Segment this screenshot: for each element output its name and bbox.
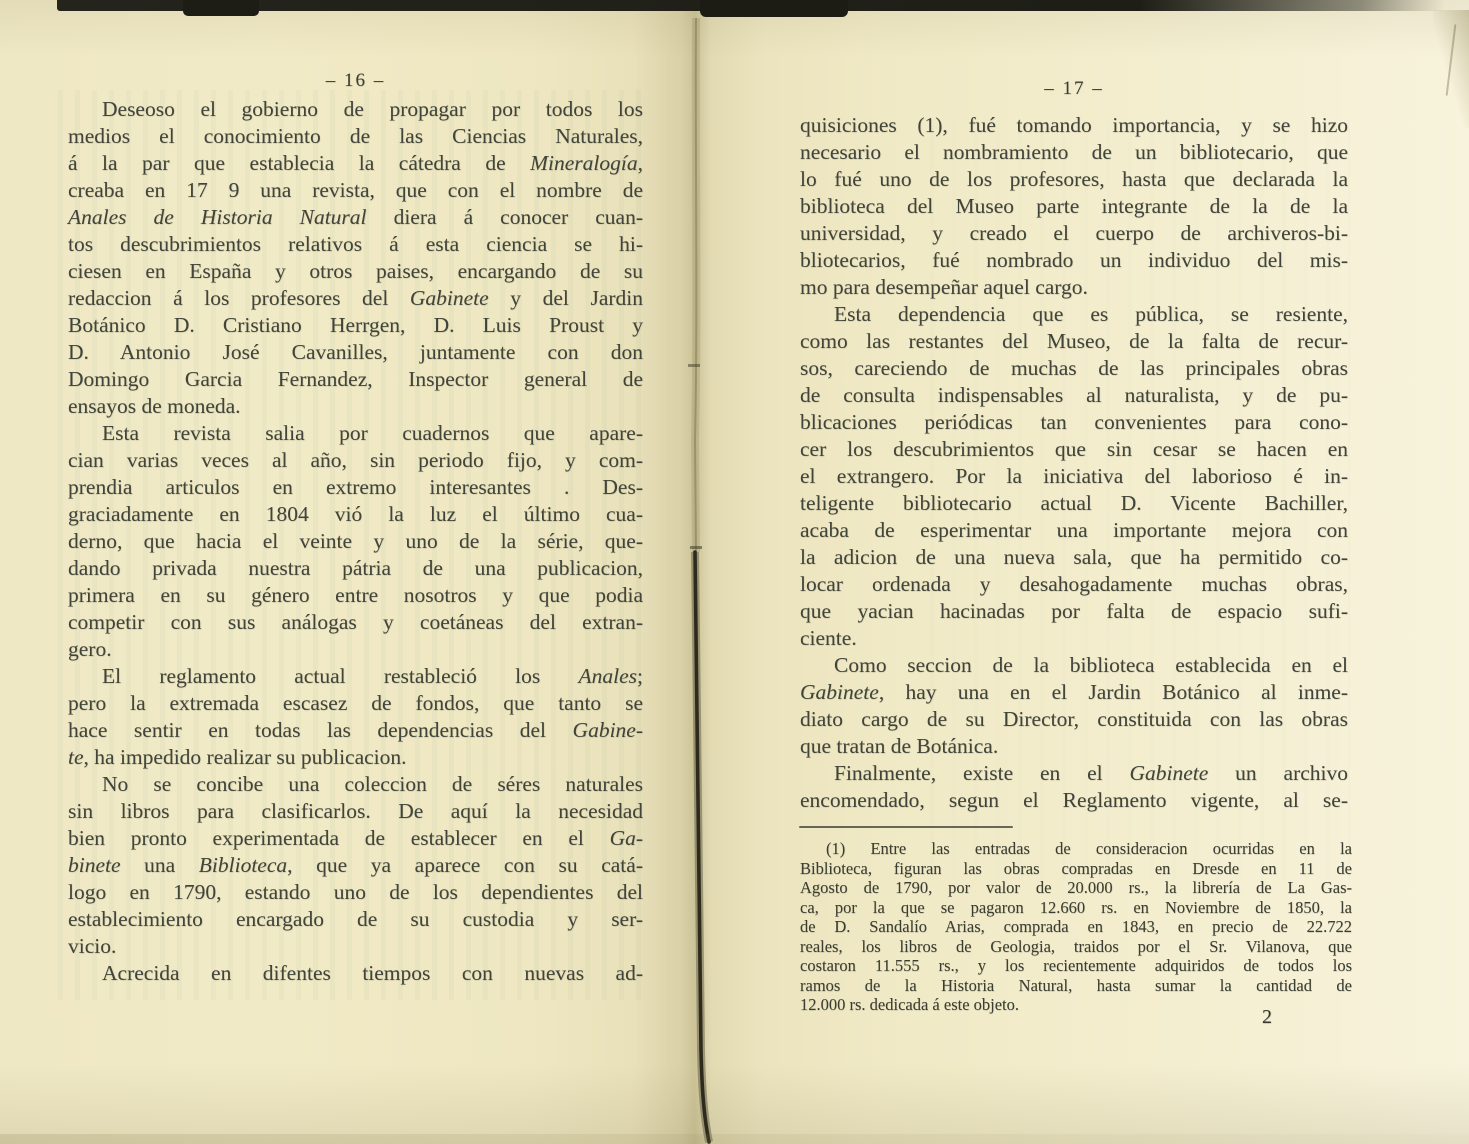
footnote-rule [799,826,1013,828]
text-line: redaccion á los profesores del Gabinete … [68,285,643,312]
text-line: á la par que establecia la cátedra de Mi… [68,150,643,177]
table-edge-bump [700,0,848,17]
text-line: ensayos de moneda. [68,393,643,420]
text-line: creaba en 17 9 una revista, que con el n… [68,177,643,204]
text-line: graciadamente en 1804 vió la luz el últi… [68,501,643,528]
text-line: tos descubrimientos relativos á esta cie… [68,231,643,258]
text-line: hace sentir en todas las dependencias de… [68,717,643,744]
text-line: quisiciones (1), fué tomando importancia… [800,112,1348,139]
text-line: El reglamento actual restableció los Ana… [68,663,643,690]
signature-mark: 2 [1252,1006,1282,1029]
text-line: acaba de esperimentar una importante mej… [800,517,1348,544]
text-line: Biblioteca, figuran las obras compradas … [800,859,1352,879]
text-line: reales, los libros de Geologia, traidos … [800,937,1352,957]
text-line: Como seccion de la biblioteca establecid… [800,652,1348,679]
text-line: binete una Biblioteca, que ya aparece co… [68,852,643,879]
text-line: biblioteca del Museo parte integrante de… [800,193,1348,220]
text-line: Agosto de 1790, por valor de 20.000 rs.,… [800,878,1352,898]
text-line: el extrangero. Por la iniciativa del lab… [800,463,1348,490]
text-line: establecimiento encargado de su custodia… [68,906,643,933]
gutter-shadow [660,0,740,1144]
text-line: ca, por la que se pagaron 12.660 rs. en … [800,898,1352,918]
text-line: pero la extremada escasez de fondos, que… [68,690,643,717]
text-line: teligente bibliotecario actual D. Vicent… [800,490,1348,517]
text-line: Deseoso el gobierno de propagar por todo… [68,96,643,123]
text-line: costaron 11.555 rs., y los recientemente… [800,956,1352,976]
text-line: sin libros para clasificarlos. De aquí l… [68,798,643,825]
text-line: que yacian hacinadas por falta de espaci… [800,598,1348,625]
text-line: logo en 1790, estando uno de los dependi… [68,879,643,906]
text-line: locar ordenada y desahogadamente muchas … [800,571,1348,598]
text-line: necesario el nombramiento de un bibliote… [800,139,1348,166]
text-line: universidad, y creado el cuerpo de archi… [800,220,1348,247]
text-line: competir con sus análogas y coetáneas de… [68,609,643,636]
footnote-body: (1) Entre las entradas de consideracion … [800,839,1352,1015]
text-line: sos, careciendo de muchas de las princip… [800,355,1348,382]
page-number-left: – 16 – [68,70,643,92]
text-line: Acrecida en difentes tiempos con nuevas … [68,960,643,987]
bottom-edge-shade [0,1134,1469,1144]
text-line: te, ha impedido realizar su publicacion. [68,744,643,771]
text-line: medios el conocimiento de las Ciencias N… [68,123,643,150]
text-line: que tratan de Botánica. [800,733,1348,760]
text-line: de consulta indispensables al naturalist… [800,382,1348,409]
text-line: encomendado, segun el Reglamento vigente… [800,787,1348,814]
text-line: derno, que hacia el veinte y uno de la s… [68,528,643,555]
page-corner-fold [1433,10,1469,128]
text-line: Domingo Garcia Fernandez, Inspector gene… [68,366,643,393]
book-scan: – 16 – Deseoso el gobierno de propagar p… [0,0,1469,1144]
text-line: mo para desempeñar aquel cargo. [800,274,1348,301]
text-line: ciente. [800,625,1348,652]
text-line: la adicion de una nueva sala, que ha per… [800,544,1348,571]
text-line: Esta revista salia por cuadernos que apa… [68,420,643,447]
text-line: gero. [68,636,643,663]
text-line: dando privada nuestra pátria de una publ… [68,555,643,582]
table-edge-bump [183,0,259,16]
text-line: diato cargo de su Director, constituida … [800,706,1348,733]
text-line: cian varias veces al año, sin periodo fi… [68,447,643,474]
text-line: ramos de la Historia Natural, hasta suma… [800,976,1352,996]
text-line: Gabinete, hay una en el Jardin Botánico … [800,679,1348,706]
text-line: cer los descubrimientos que sin cesar se… [800,436,1348,463]
text-line: de D. Sandalío Arias, comprada en 1843, … [800,917,1352,937]
text-line: (1) Entre las entradas de consideracion … [800,839,1352,859]
text-line: bliotecarios, fué nombrado un individuo … [800,247,1348,274]
page-number-right: – 17 – [800,78,1348,100]
text-line: ciesen en España y otros paises, encarga… [68,258,643,285]
text-line: D. Antonio José Cavanilles, juntamente c… [68,339,643,366]
text-line: blicaciones periódicas tan convenientes … [800,409,1348,436]
text-line: vicio. [68,933,643,960]
text-line: Esta dependencia que es pública, se resi… [800,301,1348,328]
text-line: Anales de Historia Natural diera á conoc… [68,204,643,231]
text-line: prendia articulos en extremo interesante… [68,474,643,501]
text-line: lo fué uno de los profesores, hasta que … [800,166,1348,193]
right-page-body: quisiciones (1), fué tomando importancia… [800,112,1348,814]
text-line: Botánico D. Cristiano Herrgen, D. Luis P… [68,312,643,339]
text-line: como las restantes del Museo, de la falt… [800,328,1348,355]
text-line: No se concibe una coleccion de séres nat… [68,771,643,798]
text-line: Finalmente, existe en el Gabinete un arc… [800,760,1348,787]
text-line: bien pronto experimentada de establecer … [68,825,643,852]
left-page-body: Deseoso el gobierno de propagar por todo… [68,96,643,987]
text-line: primera en su género entre nosotros y qu… [68,582,643,609]
